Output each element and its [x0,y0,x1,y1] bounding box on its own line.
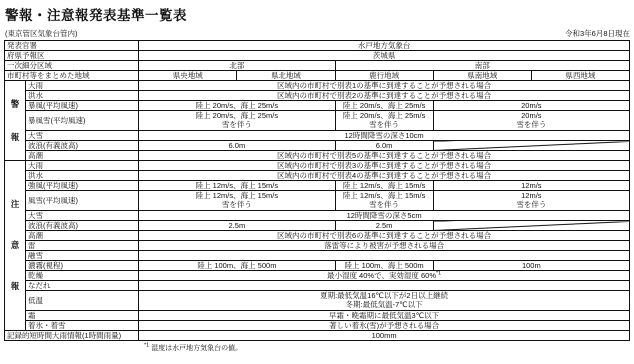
table-row: 市町村等をまとめた地域県央地域県北地域鹿行地域県南地域県西地域 [5,71,630,81]
table-row: 一次細分区域北部南部 [5,61,630,71]
criteria-cell: 陸上 20m/s、海上 25m/s [139,101,335,111]
table-row: 洪水区域内の市町村で別表4の基準に到達することが予想される場合 [5,171,630,181]
table-row: 高潮区域内の市町村で別表6の基準に到達することが予想される場合 [5,231,630,241]
category-char: 意 [11,241,20,250]
page-title: 警報・注意報発表基準一覧表 [5,4,631,24]
row-label: 暴風雪(平均風速) [26,111,139,131]
row-label-record-rain: 記録的短時間大雨情報(1時間雨量) [5,331,139,341]
criteria-cell: 著しい着氷(雪)が予想される場合 [139,321,630,331]
table-row: 強風(平均風速)陸上 12m/s、海上 15m/s陸上 12m/s、海上 15m… [5,181,630,191]
table-row: 大雪12時間降雪の深さ10cm [5,131,630,141]
table-row: 風雪(平均風速)陸上 12m/s、海上 15m/s雪を伴う陸上 12m/s、海上… [5,191,630,211]
row-label: 波浪(有義波高) [26,221,139,231]
table-row: 注意報大雨区域内の市町村で別表3の基準に到達することが予想される場合 [5,161,630,171]
criteria-cell: 区域内の市町村で別表3の基準に到達することが予想される場合 [139,161,630,171]
municipal-region-value: 県北地域 [237,71,335,81]
table-row: 暴風(平均風速)陸上 20m/s、海上 25m/s陸上 20m/s、海上 25m… [5,101,630,111]
criteria-cell: 2.5m [335,221,433,231]
criteria-cell: 最小湿度 40%で、実効湿度 60%*1 [139,271,630,281]
criteria-cell [139,251,630,261]
table-row: 警報大雨区域内の市町村で別表1の基準に到達することが予想される場合 [5,81,630,91]
table-row: 濃霧(視程)陸上 100m、海上 500m陸上 100m、海上 500m100m [5,261,630,271]
table-row: 記録的短時間大雨情報(1時間雨量)100mm [5,331,630,341]
row-label: 融雪 [26,251,139,261]
criteria-cell: 区域内の市町村で別表1の基準に到達することが予想される場合 [139,81,630,91]
row-label: 洪水 [26,171,139,181]
criteria-cell: 12時間降雪の深さ10cm [139,131,630,141]
criteria-cell: 2.5m [139,221,335,231]
category-char: 報 [11,133,20,142]
office-value: 水戸地方気象台 [139,41,630,51]
criteria-cell: 陸上 100m、海上 500m [139,261,335,271]
criteria-cell: 区域内の市町村で別表2の基準に到達することが予想される場合 [139,91,630,101]
section-category: 注意報 [5,161,26,331]
table-row: 洪水区域内の市町村で別表2の基準に到達することが予想される場合 [5,91,630,101]
footnote: *1 湿度は水戸地方気象台の値。 [144,343,631,353]
criteria-cell: 区域内の市町村で別表4の基準に到達することが予想される場合 [139,171,630,181]
criteria-cell: 12m/s雪を伴う [433,191,629,211]
row-label: 大雨 [26,161,139,171]
criteria-cell: 夏期:最低気温16℃以下が2日以上継続冬期:最低気温-7℃以下 [139,291,630,311]
date-note: 令和3年6月8日現在 [565,28,630,39]
table-row: 高潮区域内の市町村で別表5の基準に到達することが予想される場合 [5,151,630,161]
criteria-cell: 100m [433,261,629,271]
section-category-stack: 警報 [5,100,25,142]
primary-division-value: 北部 [139,61,335,71]
municipal-region-value: 県南地域 [433,71,531,81]
table-row: 低温夏期:最低気温16℃以下が2日以上継続冬期:最低気温-7℃以下 [5,291,630,311]
criteria-cell: 陸上 12m/s、海上 15m/s [139,181,335,191]
row-label: 高潮 [26,151,139,161]
diagonal-cell [433,221,629,231]
row-label-primary-division: 一次細分区域 [5,61,139,71]
category-char: 警 [11,100,20,109]
criteria-cell: 陸上 12m/s、海上 15m/s雪を伴う [139,191,335,211]
row-label: 波浪(有義波高) [26,141,139,151]
row-label: 大雪 [26,131,139,141]
criteria-cell: 早霜・晩霜期に最低気温3℃以下 [139,311,630,321]
row-label: 洪水 [26,91,139,101]
table-row: 雷落雷等により被害が予想される場合 [5,241,630,251]
criteria-cell: 陸上 20m/s、海上 25m/s雪を伴う [335,111,433,131]
row-label: 大雨 [26,81,139,91]
document-page: 警報・注意報発表基準一覧表 (東京管区気象台管内) 令和3年6月8日現在 発表官… [0,0,634,353]
table-row: 大雪12時間降雪の深さ5cm [5,211,630,221]
table-row: 暴風雪(平均風速)陸上 20m/s、海上 25m/s雪を伴う陸上 20m/s、海… [5,111,630,131]
row-label: 着氷・着雪 [26,321,139,331]
record-rain-value: 100mm [139,331,630,341]
jurisdiction-note: (東京管区気象台管内) [5,28,78,39]
category-char: 報 [11,282,20,291]
table-row: なだれ [5,281,630,291]
criteria-cell: 陸上 100m、海上 500m [335,261,433,271]
municipal-region-value: 県西地域 [531,71,629,81]
row-label: なだれ [26,281,139,291]
section-category: 警報 [5,81,26,161]
municipal-region-value: 鹿行地域 [335,71,433,81]
table-row: 府県予報区茨城県 [5,51,630,61]
criteria-cell: 20m/s雪を伴う [433,111,629,131]
criteria-cell [139,281,630,291]
row-label: 乾燥 [26,271,139,281]
criteria-table: 発表官署水戸地方気象台府県予報区茨城県一次細分区域北部南部市町村等をまとめた地域… [4,40,630,341]
criteria-cell: 12m/s [433,181,629,191]
footnote-marker: *1 [144,343,149,349]
row-label: 暴風(平均風速) [26,101,139,111]
criteria-cell: 陸上 12m/s、海上 15m/s雪を伴う [335,191,433,211]
row-label: 強風(平均風速) [26,181,139,191]
criteria-cell: 6.0m [335,141,433,151]
table-row: 波浪(有義波高)2.5m2.5m [5,221,630,231]
meta-row: (東京管区気象台管内) 令和3年6月8日現在 [5,28,630,39]
category-char: 注 [11,200,20,209]
row-label-municipal-region: 市町村等をまとめた地域 [5,71,139,81]
criteria-cell: 6.0m [139,141,335,151]
diagonal-cell [433,141,629,151]
row-label: 低温 [26,291,139,311]
criteria-cell: 区域内の市町村で別表5の基準に到達することが予想される場合 [139,151,630,161]
criteria-cell: 区域内の市町村で別表6の基準に到達することが予想される場合 [139,231,630,241]
table-row: 着氷・着雪著しい着氷(雪)が予想される場合 [5,321,630,331]
row-label-office: 発表官署 [5,41,139,51]
criteria-cell: 陸上 20m/s、海上 25m/s雪を伴う [139,111,335,131]
section-category-stack: 注意報 [5,200,25,291]
row-label: 雷 [26,241,139,251]
criteria-cell: 12時間降雪の深さ5cm [139,211,630,221]
row-label: 高潮 [26,231,139,241]
municipal-region-value: 県央地域 [139,71,237,81]
row-label: 大雪 [26,211,139,221]
primary-division-value: 南部 [335,61,629,71]
table-row: 発表官署水戸地方気象台 [5,41,630,51]
criteria-cell: 陸上 12m/s、海上 15m/s [335,181,433,191]
criteria-cell: 20m/s [433,101,629,111]
row-label: 濃霧(視程) [26,261,139,271]
table-row: 乾燥最小湿度 40%で、実効湿度 60%*1 [5,271,630,281]
row-label: 風雪(平均風速) [26,191,139,211]
criteria-cell: 陸上 20m/s、海上 25m/s [335,101,433,111]
table-row: 波浪(有義波高)6.0m6.0m [5,141,630,151]
criteria-cell: 落雷等により被害が予想される場合 [139,241,630,251]
table-row: 霜早霜・晩霜期に最低気温3℃以下 [5,311,630,321]
table-row: 融雪 [5,251,630,261]
row-label-forecast-area: 府県予報区 [5,51,139,61]
forecast-area-value: 茨城県 [139,51,630,61]
row-label: 霜 [26,311,139,321]
footnote-text: 湿度は水戸地方気象台の値。 [151,345,242,352]
